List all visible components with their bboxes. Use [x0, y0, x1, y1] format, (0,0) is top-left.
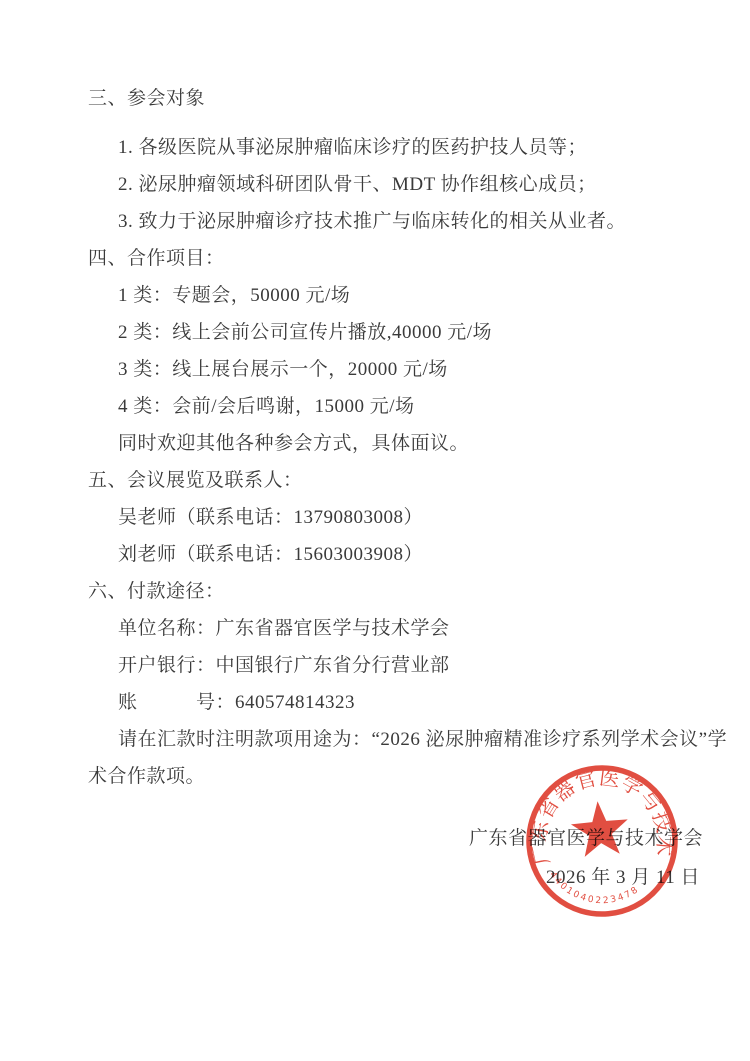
signature-date: 2026 年 3 月 11 日: [546, 865, 700, 891]
list-item: 1. 各级医院从事泌尿肿瘤临床诊疗的医药护技人员等；: [88, 129, 708, 166]
signature-organization: 广东省器官医学与技术学会: [469, 826, 703, 852]
document-body: 三、参会对象 1. 各级医院从事泌尿肿瘤临床诊疗的医药护技人员等； 2. 泌尿肿…: [88, 80, 708, 795]
list-item: 4 类：会前/会后鸣谢，15000 元/场: [88, 388, 708, 425]
bank-name: 开户银行：中国银行广东省分行营业部: [88, 647, 708, 684]
remittance-note-line1: 请在汇款时注明款项用途为：“2026 泌尿肿瘤精准诊疗系列学术会议”学: [88, 721, 708, 758]
account-number: 账 号：640574814323: [88, 684, 708, 721]
section-heading-5: 五、会议展览及联系人：: [88, 462, 708, 499]
section-heading-3: 三、参会对象: [88, 80, 708, 117]
list-item: 3 类：线上展台展示一个，20000 元/场: [88, 351, 708, 388]
contact-item: 吴老师（联系电话：13790803008）: [88, 499, 708, 536]
document-page: 三、参会对象 1. 各级医院从事泌尿肿瘤临床诊疗的医药护技人员等； 2. 泌尿肿…: [0, 0, 750, 1061]
list-item: 1 类：专题会，50000 元/场: [88, 277, 708, 314]
list-item: 3. 致力于泌尿肿瘤诊疗技术推广与临床转化的相关从业者。: [88, 203, 708, 240]
list-item: 2. 泌尿肿瘤领域科研团队骨干、MDT 协作组核心成员；: [88, 166, 708, 203]
list-item: 2 类：线上会前公司宣传片播放,40000 元/场: [88, 314, 708, 351]
contact-item: 刘老师（联系电话：15603003908）: [88, 536, 708, 573]
section-heading-6: 六、付款途径：: [88, 573, 708, 610]
section-heading-4: 四、合作项目：: [88, 240, 708, 277]
remittance-note-line2: 术合作款项。: [88, 758, 708, 795]
payee-name: 单位名称：广东省器官医学与技术学会: [88, 610, 708, 647]
list-item: 同时欢迎其他各种参会方式，具体面议。: [88, 425, 708, 462]
